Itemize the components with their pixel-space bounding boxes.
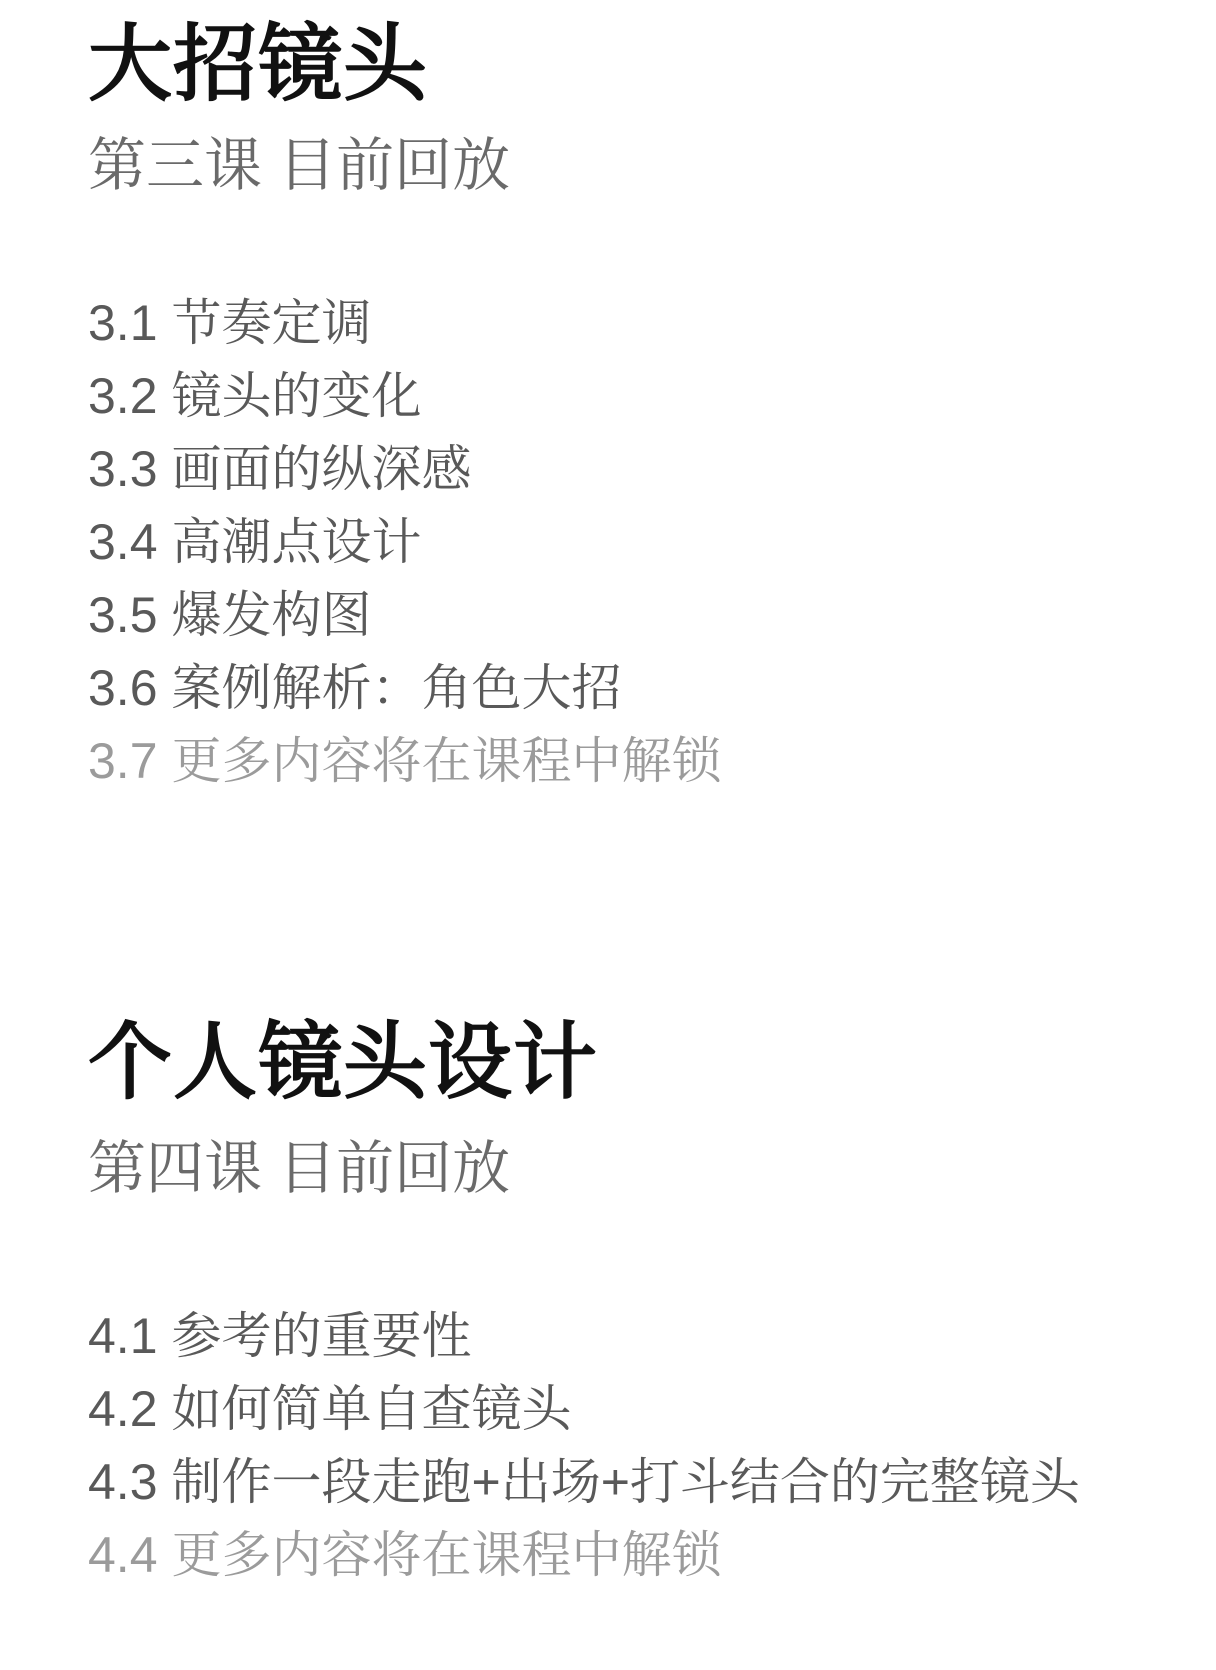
chapter-item: 3.5爆发构图 bbox=[88, 579, 1176, 652]
chapter-title: 镜头的变化 bbox=[172, 368, 422, 424]
chapter-item: 4.1参考的重要性 bbox=[88, 1300, 1176, 1373]
section-title: 个人镜头设计 bbox=[88, 1012, 1176, 1113]
course-section-lesson-4: 个人镜头设计 第四课 目前回放 4.1参考的重要性 4.2如何简单自查镜头 4.… bbox=[88, 1012, 1176, 1592]
chapter-item: 3.6案例解析：角色大招 bbox=[88, 652, 1176, 725]
chapter-title: 爆发构图 bbox=[172, 587, 372, 643]
chapter-number: 3.3 bbox=[88, 441, 158, 497]
chapter-number: 4.3 bbox=[88, 1454, 158, 1510]
chapter-title: 高潮点设计 bbox=[172, 514, 422, 570]
chapter-title: 更多内容将在课程中解锁 bbox=[172, 1527, 722, 1583]
chapter-list: 3.1节奏定调 3.2镜头的变化 3.3画面的纵深感 3.4高潮点设计 3.5爆… bbox=[88, 287, 1176, 798]
chapter-item-locked: 3.7更多内容将在课程中解锁 bbox=[88, 725, 1176, 798]
chapter-number: 3.7 bbox=[88, 733, 158, 789]
chapter-item-locked: 4.4更多内容将在课程中解锁 bbox=[88, 1519, 1176, 1592]
chapter-number: 4.4 bbox=[88, 1527, 158, 1583]
chapter-item: 4.3制作一段走跑+出场+打斗结合的完整镜头 bbox=[88, 1446, 1176, 1519]
section-subtitle: 第三课 目前回放 bbox=[88, 130, 1176, 202]
chapter-number: 3.4 bbox=[88, 514, 158, 570]
chapter-item: 3.3画面的纵深感 bbox=[88, 433, 1176, 506]
chapter-item: 3.1节奏定调 bbox=[88, 287, 1176, 360]
chapter-number: 3.2 bbox=[88, 368, 158, 424]
chapter-item: 4.2如何简单自查镜头 bbox=[88, 1373, 1176, 1446]
chapter-number: 3.6 bbox=[88, 660, 158, 716]
chapter-item: 3.4高潮点设计 bbox=[88, 506, 1176, 579]
course-outline-page: 大招镜头 第三课 目前回放 3.1节奏定调 3.2镜头的变化 3.3画面的纵深感… bbox=[0, 0, 1216, 1670]
chapter-list: 4.1参考的重要性 4.2如何简单自查镜头 4.3制作一段走跑+出场+打斗结合的… bbox=[88, 1300, 1176, 1592]
chapter-number: 4.2 bbox=[88, 1381, 158, 1437]
chapter-number: 3.1 bbox=[88, 295, 158, 351]
chapter-title: 制作一段走跑+出场+打斗结合的完整镜头 bbox=[172, 1454, 1080, 1510]
course-section-lesson-3: 大招镜头 第三课 目前回放 3.1节奏定调 3.2镜头的变化 3.3画面的纵深感… bbox=[88, 14, 1176, 798]
chapter-title: 案例解析：角色大招 bbox=[172, 660, 622, 716]
chapter-title: 节奏定调 bbox=[172, 295, 372, 351]
chapter-title: 如何简单自查镜头 bbox=[172, 1381, 572, 1437]
chapter-title: 画面的纵深感 bbox=[172, 441, 472, 497]
chapter-number: 4.1 bbox=[88, 1308, 158, 1364]
chapter-item: 3.2镜头的变化 bbox=[88, 360, 1176, 433]
chapter-number: 3.5 bbox=[88, 587, 158, 643]
chapter-title: 更多内容将在课程中解锁 bbox=[172, 733, 722, 789]
section-title: 大招镜头 bbox=[88, 14, 1176, 115]
chapter-title: 参考的重要性 bbox=[172, 1308, 472, 1364]
section-subtitle: 第四课 目前回放 bbox=[88, 1133, 1176, 1205]
